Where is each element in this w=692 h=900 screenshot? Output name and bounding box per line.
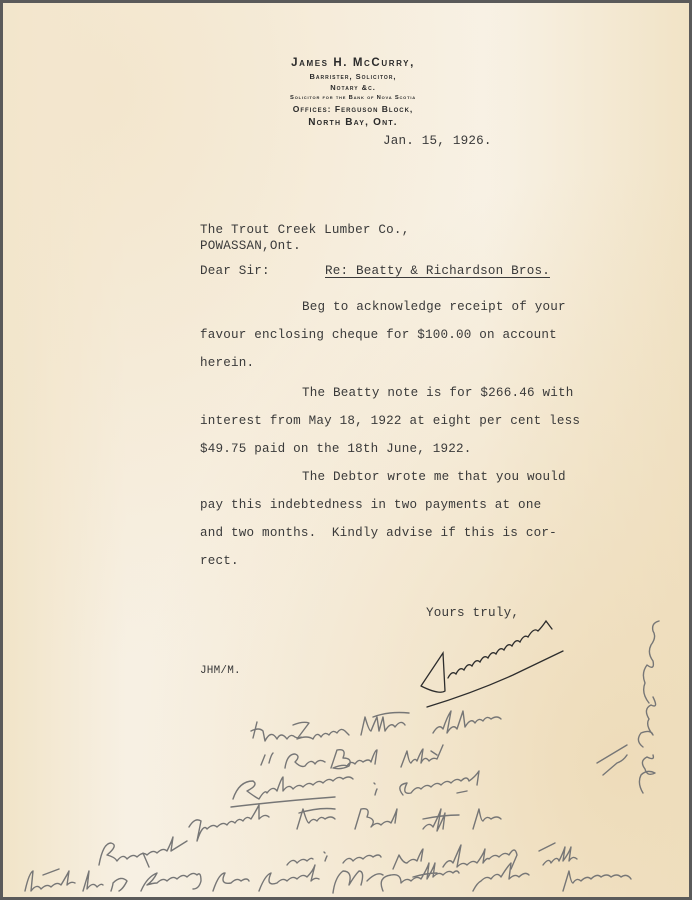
letter-page: James H. McCurry, Barrister, Solicitor, … — [3, 3, 689, 897]
pencil-note-icon — [25, 621, 659, 893]
ink-layer — [3, 3, 689, 897]
signature-icon — [421, 621, 563, 707]
